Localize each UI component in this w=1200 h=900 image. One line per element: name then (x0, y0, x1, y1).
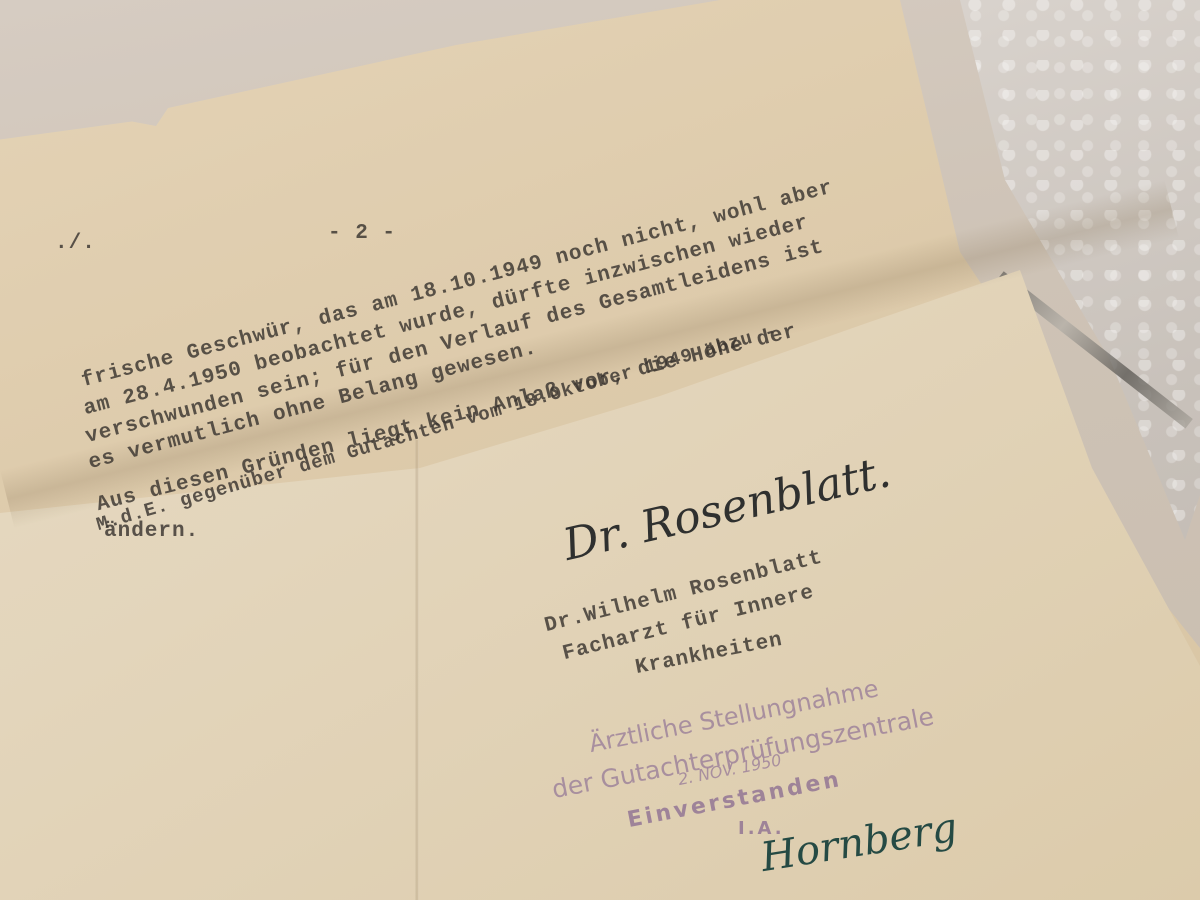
page-continuation-marker: ./. (55, 232, 96, 255)
vertical-fold (415, 440, 419, 900)
paragraph-2-line-3: ändern. (104, 520, 199, 543)
page-number: - 2 - (328, 222, 396, 245)
